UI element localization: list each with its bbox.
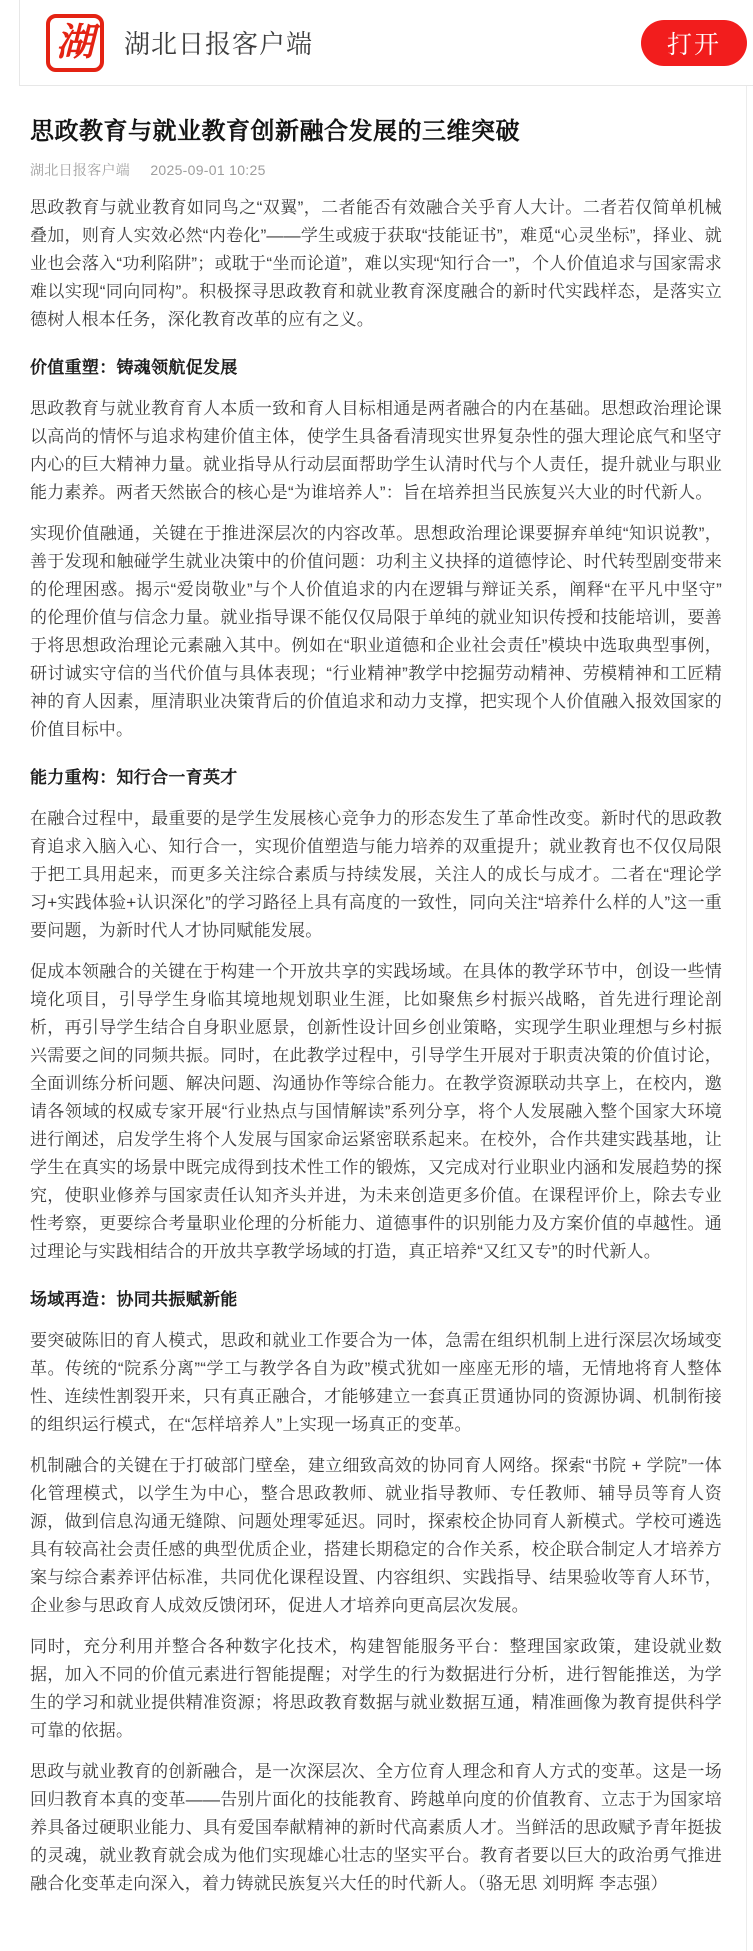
section-heading: 价值重塑：铸魂领航促发展 bbox=[30, 354, 722, 382]
article-paragraph: 在融合过程中，最重要的是学生发展核心竞争力的形态发生了革命性改变。新时代的思政教… bbox=[30, 805, 722, 945]
article-paragraph: 促成本领融合的关键在于构建一个开放共享的实践场域。在具体的教学环节中，创设一些情… bbox=[30, 958, 722, 1266]
article-paragraph: 思政与就业教育的创新融合，是一次深层次、全方位育人理念和育人方式的变革。这是一场… bbox=[30, 1758, 722, 1898]
publish-time: 2025-09-01 10:25 bbox=[150, 162, 265, 178]
article-paragraph: 思政教育与就业教育育人本质一致和育人目标相通是两者融合的内在基础。思想政治理论课… bbox=[30, 395, 722, 507]
article-paragraph: 实现价值融通，关键在于推进深层次的内容改革。思想政治理论课要摒弃单纯“知识说教”… bbox=[30, 520, 722, 744]
article-paragraph: 要突破陈旧的育人模式，思政和就业工作要合为一体，急需在组织机制上进行深层次场域变… bbox=[30, 1327, 722, 1439]
article-paragraph: 思政教育与就业教育如同鸟之“双翼”，二者能否有效融合关乎育人大计。二者若仅简单机… bbox=[30, 194, 722, 334]
article-body: 思政教育与就业教育如同鸟之“双翼”，二者能否有效融合关乎育人大计。二者若仅简单机… bbox=[30, 194, 722, 1898]
open-app-button[interactable]: 打开 bbox=[641, 20, 747, 66]
app-logo-char: 湖 bbox=[56, 24, 94, 62]
article-paragraph: 同时，充分利用并整合各种数字化技术，构建智能服务平台：整理国家政策，建设就业数据… bbox=[30, 1633, 722, 1745]
app-header: 湖 湖北日报客户端 打开 bbox=[19, 0, 753, 86]
article-source: 湖北日报客户端 bbox=[30, 162, 130, 178]
article-meta: 湖北日报客户端 2025-09-01 10:25 bbox=[30, 160, 722, 180]
article: 思政教育与就业教育创新融合发展的三维突破 湖北日报客户端 2025-09-01 … bbox=[0, 86, 747, 1951]
section-heading: 场域再造：协同共振赋新能 bbox=[30, 1286, 722, 1314]
app-name: 湖北日报客户端 bbox=[124, 24, 641, 61]
page: 湖 湖北日报客户端 打开 思政教育与就业教育创新融合发展的三维突破 湖北日报客户… bbox=[0, 0, 753, 1951]
article-title: 思政教育与就业教育创新融合发展的三维突破 bbox=[30, 116, 722, 148]
section-heading: 能力重构：知行合一育英才 bbox=[30, 764, 722, 792]
article-paragraph: 机制融合的关键在于打破部门壁垒，建立细致高效的协同育人网络。探索“书院 + 学院… bbox=[30, 1452, 722, 1620]
app-logo-icon: 湖 bbox=[46, 14, 104, 72]
